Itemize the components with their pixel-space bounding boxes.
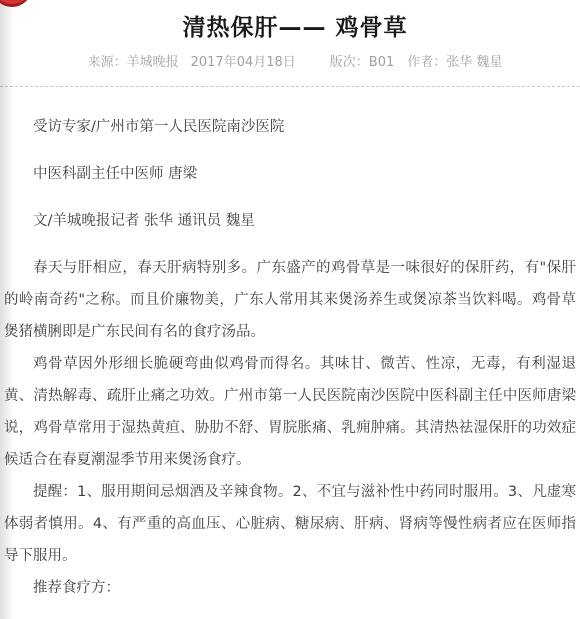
meta-author-label: 作者： xyxy=(407,55,446,70)
meta-author-value: 张华 魏星 xyxy=(446,55,502,70)
meta-source: 来源：羊城晚报 xyxy=(88,54,179,71)
meta-author: 作者：张华 魏星 xyxy=(407,54,502,71)
article-body: 受访专家/广州市第一人民医院南沙医院 中医科副主任中医师 唐梁 文/羊城晚报记者… xyxy=(4,111,576,604)
meta-source-value: 羊城晚报 xyxy=(127,55,179,70)
article-paragraph-recipes-heading: 推荐食疗方： xyxy=(4,572,576,604)
meta-edition-value: B01 xyxy=(369,55,394,70)
article-paragraph-reminder: 提醒：1、服用期间忌烟酒及辛辣食物。2、不宜与滋补性中药同时服用。3、凡虚寒体弱… xyxy=(4,476,576,572)
article-paragraph-expert-title: 中医科副主任中医师 唐梁 xyxy=(4,158,576,190)
article-paragraph-byline: 文/羊城晚报记者 张华 通讯员 魏星 xyxy=(4,205,576,237)
article-paragraph: 春天与肝相应，春天肝病特别多。广东盛产的鸡骨草是一味很好的保肝药，有"保肝的岭南… xyxy=(4,252,576,348)
meta-date: 2017年04月18日 xyxy=(191,54,296,71)
article-paragraph-expert: 受访专家/广州市第一人民医院南沙医院 xyxy=(4,111,576,143)
dashed-divider xyxy=(0,86,580,87)
article-paragraph: 鸡骨草因外形细长脆硬弯曲似鸡骨而得名。其味甘、微苦、性凉，无毒，有利湿退黄、清热… xyxy=(4,348,576,476)
meta-edition: 版次：B01 xyxy=(330,54,394,71)
article-meta: 来源：羊城晚报2017年04月18日版次：B01作者：张华 魏星 xyxy=(10,54,580,71)
meta-edition-label: 版次： xyxy=(330,55,369,70)
page-title: 清热保肝—— 鸡骨草 xyxy=(10,15,580,41)
meta-source-label: 来源： xyxy=(88,55,127,70)
article-header: 清热保肝—— 鸡骨草 来源：羊城晚报2017年04月18日版次：B01作者：张华… xyxy=(10,0,580,71)
